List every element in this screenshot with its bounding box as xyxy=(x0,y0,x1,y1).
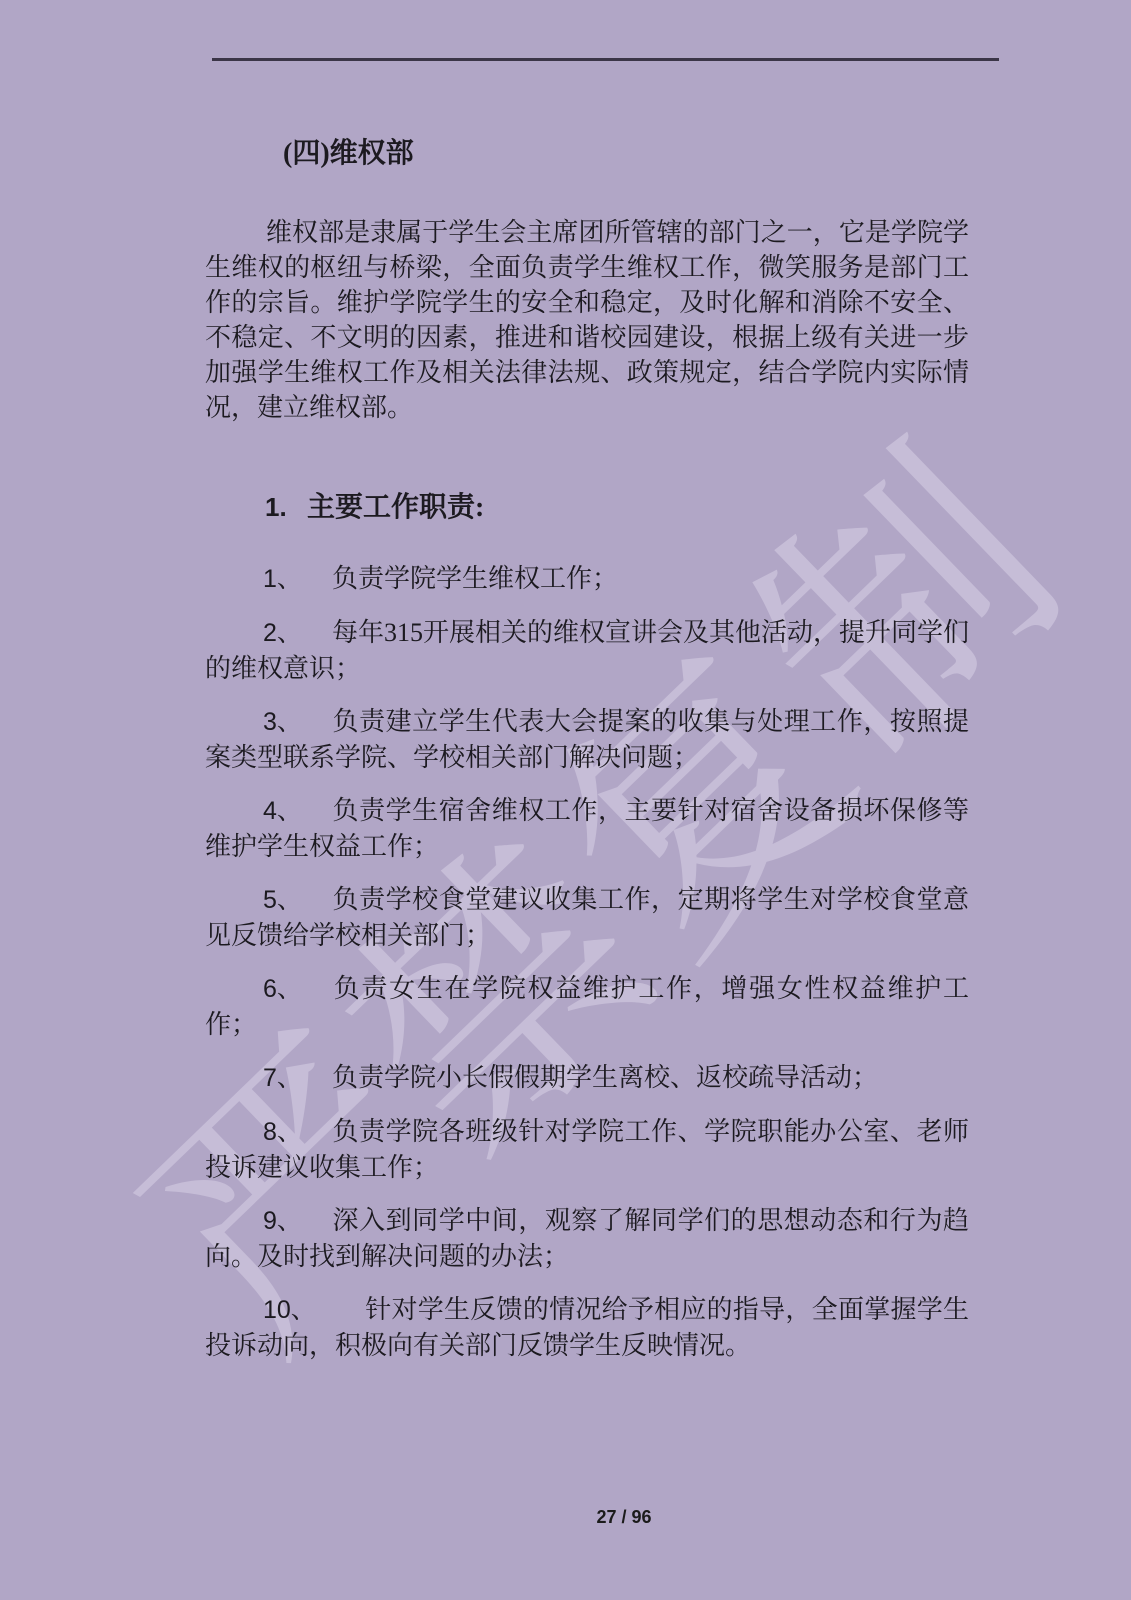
duty-item-9: 9、深入到同学中间，观察了解同学们的思想动态和行为趋向。及时找到解决问题的办法； xyxy=(205,1203,969,1274)
duty-item-8: 8、负责学院各班级针对学院工作、学院职能办公室、老师投诉建议收集工作； xyxy=(205,1114,969,1185)
duty-number: 6、 xyxy=(263,972,332,1007)
document-content: (四)维权部 维权部是隶属于学生会主席团所管辖的部门之一，它是学院学生维权的枢纽… xyxy=(205,0,969,1363)
section-heading: (四)维权部 xyxy=(205,134,969,174)
duty-item-10: 10、针对学生反馈的情况给予相应的指导，全面掌握学生投诉动向，积极向有关部门反馈… xyxy=(205,1292,969,1363)
duties-heading: 1.主要工作职责: xyxy=(205,487,969,528)
duty-item-1: 1、负责学院学生维权工作； xyxy=(205,561,969,597)
duty-number: 5、 xyxy=(263,883,332,918)
duties-heading-number: 1. xyxy=(265,487,307,527)
duty-item-2: 2、每年315开展相关的维权宣讲会及其他活动，提升同学们的维权意识； xyxy=(205,615,969,686)
duty-number: 7、 xyxy=(263,1061,332,1096)
duty-item-4: 4、负责学生宿舍维权工作，主要针对宿舍设备损坏保修等维护学生权益工作； xyxy=(205,793,969,864)
duty-number: 1、 xyxy=(263,562,332,597)
duty-item-3: 3、负责建立学生代表大会提案的收集与处理工作，按照提案类型联系学院、学校相关部门… xyxy=(205,704,969,775)
document-page: { "page": { "background_color": "#b1a6c6… xyxy=(0,0,1131,1600)
duty-number: 3、 xyxy=(263,705,332,740)
duty-item-5: 5、负责学校食堂建议收集工作，定期将学生对学校食堂意见反馈给学校相关部门； xyxy=(205,882,969,953)
duties-heading-text: 主要工作职责: xyxy=(307,492,484,523)
duty-item-6: 6、负责女生在学院权益维护工作，增强女性权益维护工作； xyxy=(205,971,969,1042)
duty-number: 9、 xyxy=(263,1204,332,1239)
intro-paragraph: 维权部是隶属于学生会主席团所管辖的部门之一，它是学院学生维权的枢纽与桥梁，全面负… xyxy=(205,215,969,425)
duty-number: 8、 xyxy=(263,1115,332,1150)
page-number: 27 / 96 xyxy=(596,1507,651,1528)
duty-text: 负责学院学生维权工作； xyxy=(332,564,618,593)
duty-number: 10、 xyxy=(263,1293,365,1328)
duty-number: 4、 xyxy=(263,794,332,829)
duty-text: 负责学院小长假假期学生离校、返校疏导活动； xyxy=(332,1063,878,1092)
duty-item-7: 7、负责学院小长假假期学生离校、返校疏导活动； xyxy=(205,1060,969,1096)
duty-number: 2、 xyxy=(263,616,332,651)
